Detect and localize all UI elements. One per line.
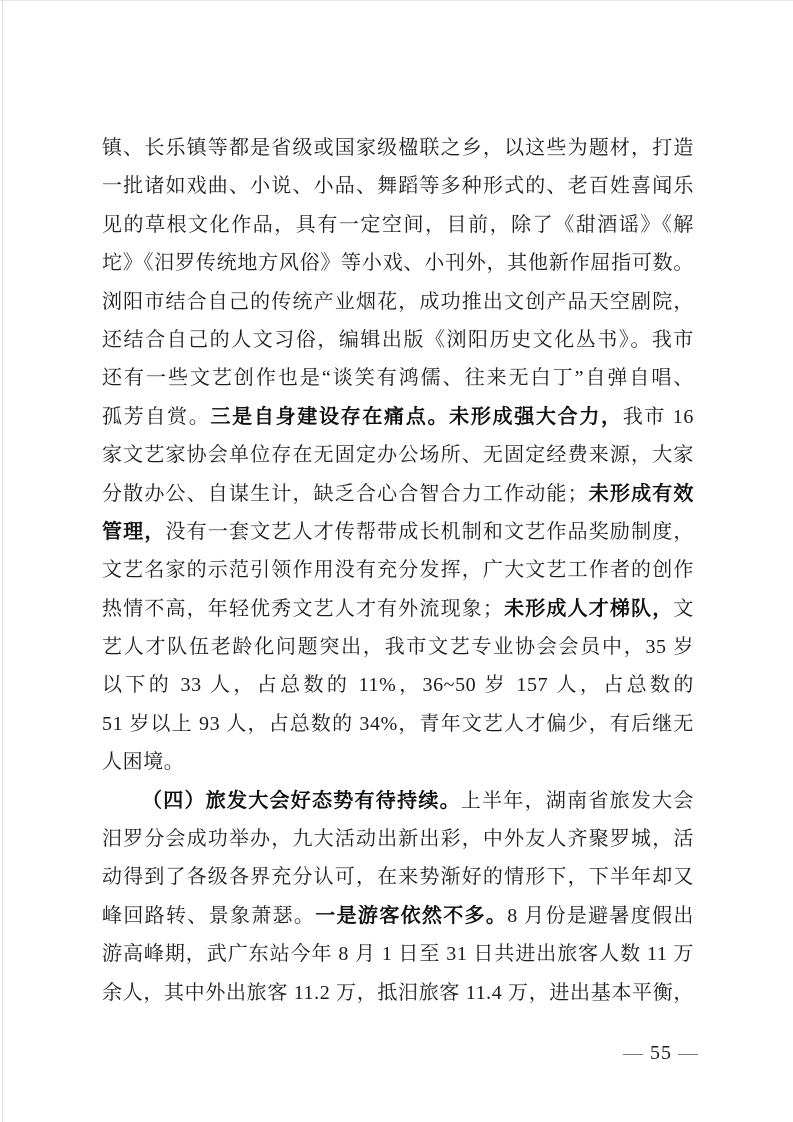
body-text: 还结合自己的人文习俗，编辑出版《浏阳历史文化丛书》。我市: [102, 329, 694, 351]
body-text: 家文艺家协会单位存在无固定办公场所、无固定经费来源，大家: [102, 444, 694, 466]
bold-emphasis-text: 未形成有效: [588, 483, 694, 505]
text-line: 热情不高，年轻优秀文艺人才有外流现象；未形成人才梯队，文: [102, 590, 694, 628]
body-text: 一批诸如戏曲、小说、小品、舞蹈等多种形式的、老百姓喜闻乐: [102, 175, 694, 197]
page-number: —55—: [598, 1040, 724, 1066]
body-text: 余人，其中外出旅客 11.2 万，抵汨旅客 11.4 万，进出基本平衡，: [102, 982, 694, 1004]
body-text: 文艺名家的示范引领作用没有充分发挥，广大文艺工作者的创作: [102, 559, 694, 581]
text-line: 文艺名家的示范引领作用没有充分发挥，广大文艺工作者的创作: [102, 551, 694, 589]
page-number-dash-left: —: [617, 1042, 650, 1064]
body-text: 浏阳市结合自己的传统产业烟花，成功推出文创产品天空剧院，: [102, 291, 694, 313]
text-line: 管理，没有一套文艺人才传帮带成长机制和文艺作品奖励制度，: [102, 513, 694, 551]
body-text: 峰回路转、景象萧瑟。: [102, 905, 315, 927]
bold-emphasis-text: 管理，: [102, 521, 166, 543]
text-line: 以下的 33 人，占总数的 11%，36~50 岁 157 人，占总数的 55%…: [102, 666, 694, 704]
text-line: 峰回路转、景象萧瑟。一是游客依然不多。8 月份是避暑度假出: [102, 897, 694, 935]
text-line: 汨罗分会成功举办，九大活动出新出彩，中外友人齐聚罗城，活: [102, 820, 694, 858]
text-line: 艺人才队伍老龄化问题突出，我市文艺专业协会会员中，35 岁: [102, 628, 694, 666]
text-line: 人困境。: [102, 743, 694, 781]
body-text: 孤芳自赏。: [102, 406, 210, 428]
text-line: （四）旅发大会好态势有待持续。上半年，湖南省旅发大会: [102, 782, 694, 820]
bold-emphasis-text: 一是游客依然不多。: [315, 905, 507, 927]
body-text: 汨罗分会成功举办，九大活动出新出彩，中外友人齐聚罗城，活: [102, 828, 694, 850]
text-line: 还有一些文艺创作也是“谈笑有鸿儒、往来无白丁”自弹自唱、: [102, 359, 694, 397]
text-line: 家文艺家协会单位存在无固定办公场所、无固定经费来源，大家: [102, 436, 694, 474]
body-text: 动得到了各级各界充分认可，在来势渐好的情形下，下半年却又: [102, 866, 694, 888]
document-body: 镇、长乐镇等都是省级或国家级楹联之乡，以这些为题材，打造一批诸如戏曲、小说、小品…: [102, 129, 694, 1012]
body-text: 文: [673, 598, 694, 620]
body-text: 没有一套文艺人才传帮带成长机制和文艺作品奖励制度，: [166, 521, 695, 543]
page-number-dash-right: —: [672, 1042, 705, 1064]
scan-edge-left: [2, 0, 3, 1122]
text-line: 孤芳自赏。三是自身建设存在痛点。未形成强大合力，我市 16: [102, 398, 694, 436]
body-text: 镇、长乐镇等都是省级或国家级楹联之乡，以这些为题材，打造: [102, 137, 694, 159]
scan-edge-top: [0, 0, 793, 1]
body-text: 51 岁以上 93 人，占总数的 34%，青年文艺人才偏少，有后继无: [102, 713, 694, 735]
text-line: 浏阳市结合自己的传统产业烟花，成功推出文创产品天空剧院，: [102, 283, 694, 321]
text-line: 余人，其中外出旅客 11.2 万，抵汨旅客 11.4 万，进出基本平衡，: [102, 974, 694, 1012]
bold-emphasis-text: 未形成人才梯队，: [504, 598, 674, 620]
body-text: 见的草根文化作品，具有一定空间，目前，除了《甜酒谣》《解: [102, 214, 694, 236]
body-text: 热情不高，年轻优秀文艺人才有外流现象；: [102, 598, 504, 620]
text-line: 51 岁以上 93 人，占总数的 34%，青年文艺人才偏少，有后继无: [102, 705, 694, 743]
body-text: 我市 16: [623, 406, 694, 428]
text-line: 一批诸如戏曲、小说、小品、舞蹈等多种形式的、老百姓喜闻乐: [102, 167, 694, 205]
text-line: 还结合自己的人文习俗，编辑出版《浏阳历史文化丛书》。我市: [102, 321, 694, 359]
text-line: 镇、长乐镇等都是省级或国家级楹联之乡，以这些为题材，打造: [102, 129, 694, 167]
body-text: 分散办公、自谋生计，缺乏合心合智合力工作动能；: [102, 483, 588, 505]
body-text: 艺人才队伍老龄化问题突出，我市文艺专业协会会员中，35 岁: [102, 636, 694, 658]
text-line: 分散办公、自谋生计，缺乏合心合智合力工作动能；未形成有效: [102, 475, 694, 513]
body-text: 还有一些文艺创作也是“谈笑有鸿儒、往来无白丁”自弹自唱、: [102, 367, 694, 389]
text-line: 游高峰期，武广东站今年 8 月 1 日至 31 日共进出旅客人数 11 万: [102, 935, 694, 973]
body-text: 8 月份是避暑度假出: [507, 905, 694, 927]
body-text: 坨》《汨罗传统地方风俗》等小戏、小刊外，其他新作屈指可数。: [102, 252, 694, 274]
body-text: 游高峰期，武广东站今年 8 月 1 日至 31 日共进出旅客人数 11 万: [102, 943, 694, 965]
text-line: 见的草根文化作品，具有一定空间，目前，除了《甜酒谣》《解: [102, 206, 694, 244]
text-line: 坨》《汨罗传统地方风俗》等小戏、小刊外，其他新作屈指可数。: [102, 244, 694, 282]
text-line: 动得到了各级各界充分认可，在来势渐好的情形下，下半年却又: [102, 858, 694, 896]
body-text: 以下的 33 人，占总数的 11%，36~50 岁 157 人，占总数的 55%…: [102, 674, 694, 704]
body-text: 上半年，湖南省旅发大会: [461, 790, 694, 812]
document-page: 镇、长乐镇等都是省级或国家级楹联之乡，以这些为题材，打造一批诸如戏曲、小说、小品…: [0, 0, 793, 1122]
body-text: 人困境。: [102, 751, 184, 773]
bold-emphasis-text: （四）旅发大会好态势有待持续。: [142, 790, 461, 812]
bold-emphasis-text: 三是自身建设存在痛点。未形成强大合力，: [210, 406, 622, 428]
page-number-value: 55: [650, 1042, 672, 1064]
